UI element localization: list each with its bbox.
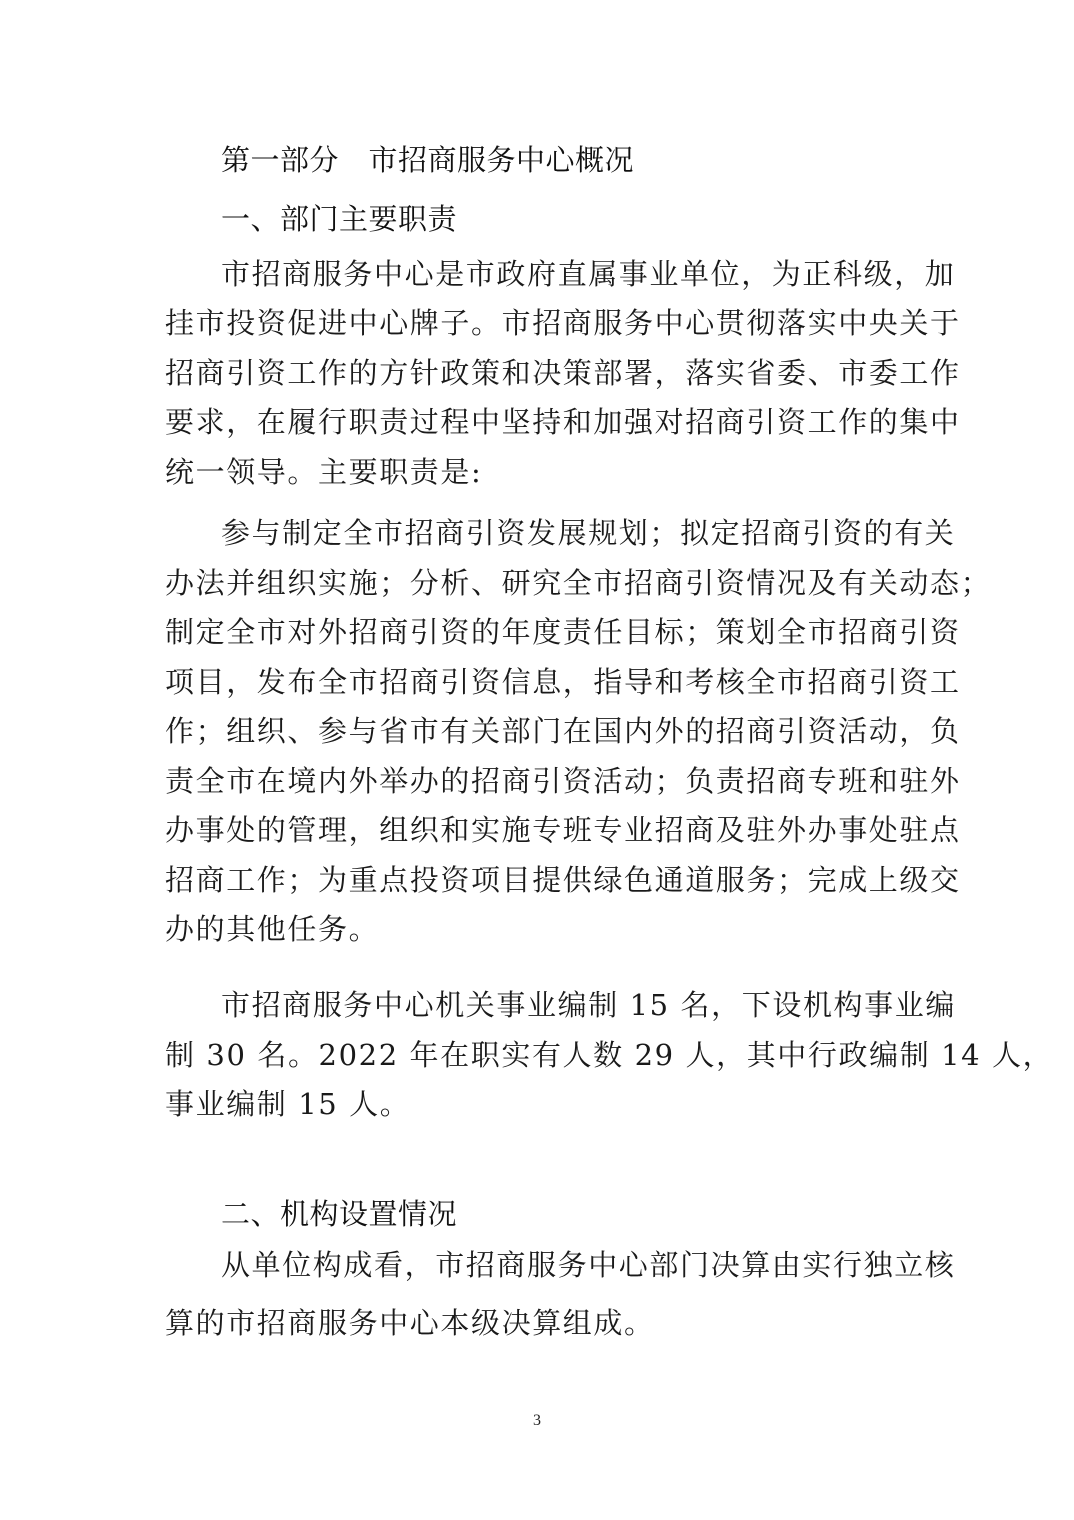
paragraph-line: 项目，发布全市招商引资信息，指导和考核全市招商引资工 xyxy=(165,665,913,699)
paragraph-line: 市招商服务中心机关事业编制 15 名，下设机构事业编 xyxy=(221,988,913,1022)
paragraph-line: 参与制定全市招商引资发展规划；拟定招商引资的有关 xyxy=(221,516,913,550)
section-heading-structure: 二、机构设置情况 xyxy=(221,1197,969,1231)
paragraph-line: 挂市投资促进中心牌子。市招商服务中心贯彻落实中央关于 xyxy=(165,306,913,340)
paragraph-line: 事业编制 15 人。 xyxy=(165,1087,913,1121)
paragraph-line: 制 30 名。2022 年在职实有人数 29 人，其中行政编制 14 人， xyxy=(165,1038,913,1072)
section-heading-duties: 一、部门主要职责 xyxy=(221,202,969,236)
paragraph-line: 制定全市对外招商引资的年度责任目标；策划全市招商引资 xyxy=(165,615,913,649)
page-number: 3 xyxy=(0,1412,1074,1430)
document-page: 第一部分 市招商服务中心概况 一、部门主要职责 市招商服务中心是市政府直属事业单… xyxy=(0,0,1074,1520)
part-title: 第一部分 市招商服务中心概况 xyxy=(221,143,969,177)
paragraph-line: 要求，在履行职责过程中坚持和加强对招商引资工作的集中 xyxy=(165,405,913,439)
paragraph-line: 市招商服务中心是市政府直属事业单位，为正科级，加 xyxy=(221,257,913,291)
paragraph-line: 办事处的管理，组织和实施专班专业招商及驻外办事处驻点 xyxy=(165,813,913,847)
paragraph-line: 算的市招商服务中心本级决算组成。 xyxy=(165,1306,913,1340)
paragraph-line: 责全市在境内外举办的招商引资活动；负责招商专班和驻外 xyxy=(165,764,913,798)
paragraph-line: 统一领导。主要职责是: xyxy=(165,455,913,489)
paragraph-line: 招商工作；为重点投资项目提供绿色通道服务；完成上级交 xyxy=(165,863,913,897)
paragraph-line: 办的其他任务。 xyxy=(165,912,913,946)
paragraph-line: 从单位构成看，市招商服务中心部门决算由实行独立核 xyxy=(221,1248,913,1282)
paragraph-line: 招商引资工作的方针政策和决策部署，落实省委、市委工作 xyxy=(165,356,913,390)
paragraph-line: 作；组织、参与省市有关部门在国内外的招商引资活动，负 xyxy=(165,714,913,748)
paragraph-line: 办法并组织实施；分析、研究全市招商引资情况及有关动态； xyxy=(165,566,913,600)
